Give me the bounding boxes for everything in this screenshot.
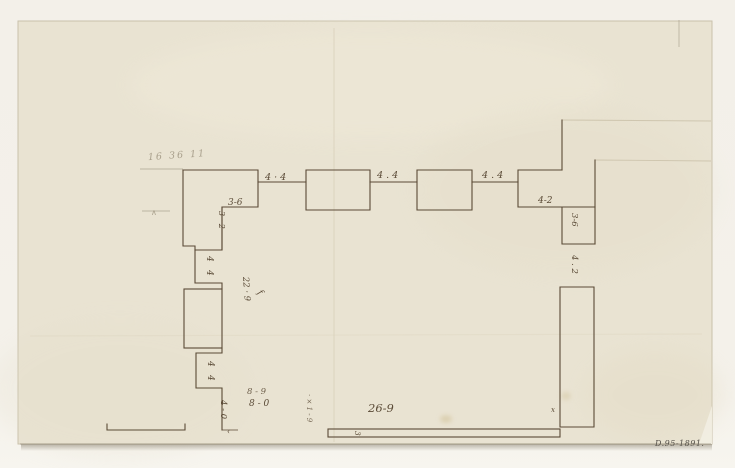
end-bay-label: 4-2: [537, 196, 553, 206]
bottom-arrow-mark: ‹: [227, 427, 230, 436]
museum-mount: 4 · 4 4 . 4 4 . 4 4-2 3-6 3 · 2 3-6 4 . …: [0, 0, 735, 468]
left-window2-digit-a: 4: [205, 360, 215, 367]
right-window-label: 4 . 2: [569, 254, 579, 274]
pencil-caret-mark: ∧: [151, 208, 157, 217]
accession-number: D.95-1891.: [654, 439, 704, 448]
court-width-label: 26-9: [367, 401, 394, 415]
bay-label-3: 4 . 4: [481, 170, 503, 181]
left-door-label: 4 - 0: [218, 399, 228, 420]
wall-thickness-label: 3 · 2: [217, 211, 226, 229]
right-pier-label: 3-6: [569, 213, 579, 227]
bay-label-1: 4 · 4: [264, 172, 286, 183]
bottom-dim: 8 - 0: [249, 399, 269, 409]
bay-label-2: 4 . 4: [376, 170, 398, 181]
left-window2-digit-b: 4: [205, 374, 215, 381]
diagonal-dim-label: 22 · 9: [240, 276, 252, 303]
corner-pier-label: 3-6: [228, 198, 243, 208]
left-window1-digit-b: 4: [204, 269, 214, 276]
drawing-scan: 4 · 4 4 . 4 4 . 4 4-2 3-6 3 · 2 3-6 4 . …: [0, 0, 735, 468]
left-window1-digit-a: 4: [204, 255, 214, 262]
vertical-note: · × 1 - 9: [305, 394, 313, 423]
bottom-wall-mark: 3: [353, 431, 362, 436]
right-cross-mark: x: [551, 406, 555, 414]
paper-shadow: [21, 444, 712, 451]
bottom-dim-struck: 8 - 9: [247, 387, 267, 397]
